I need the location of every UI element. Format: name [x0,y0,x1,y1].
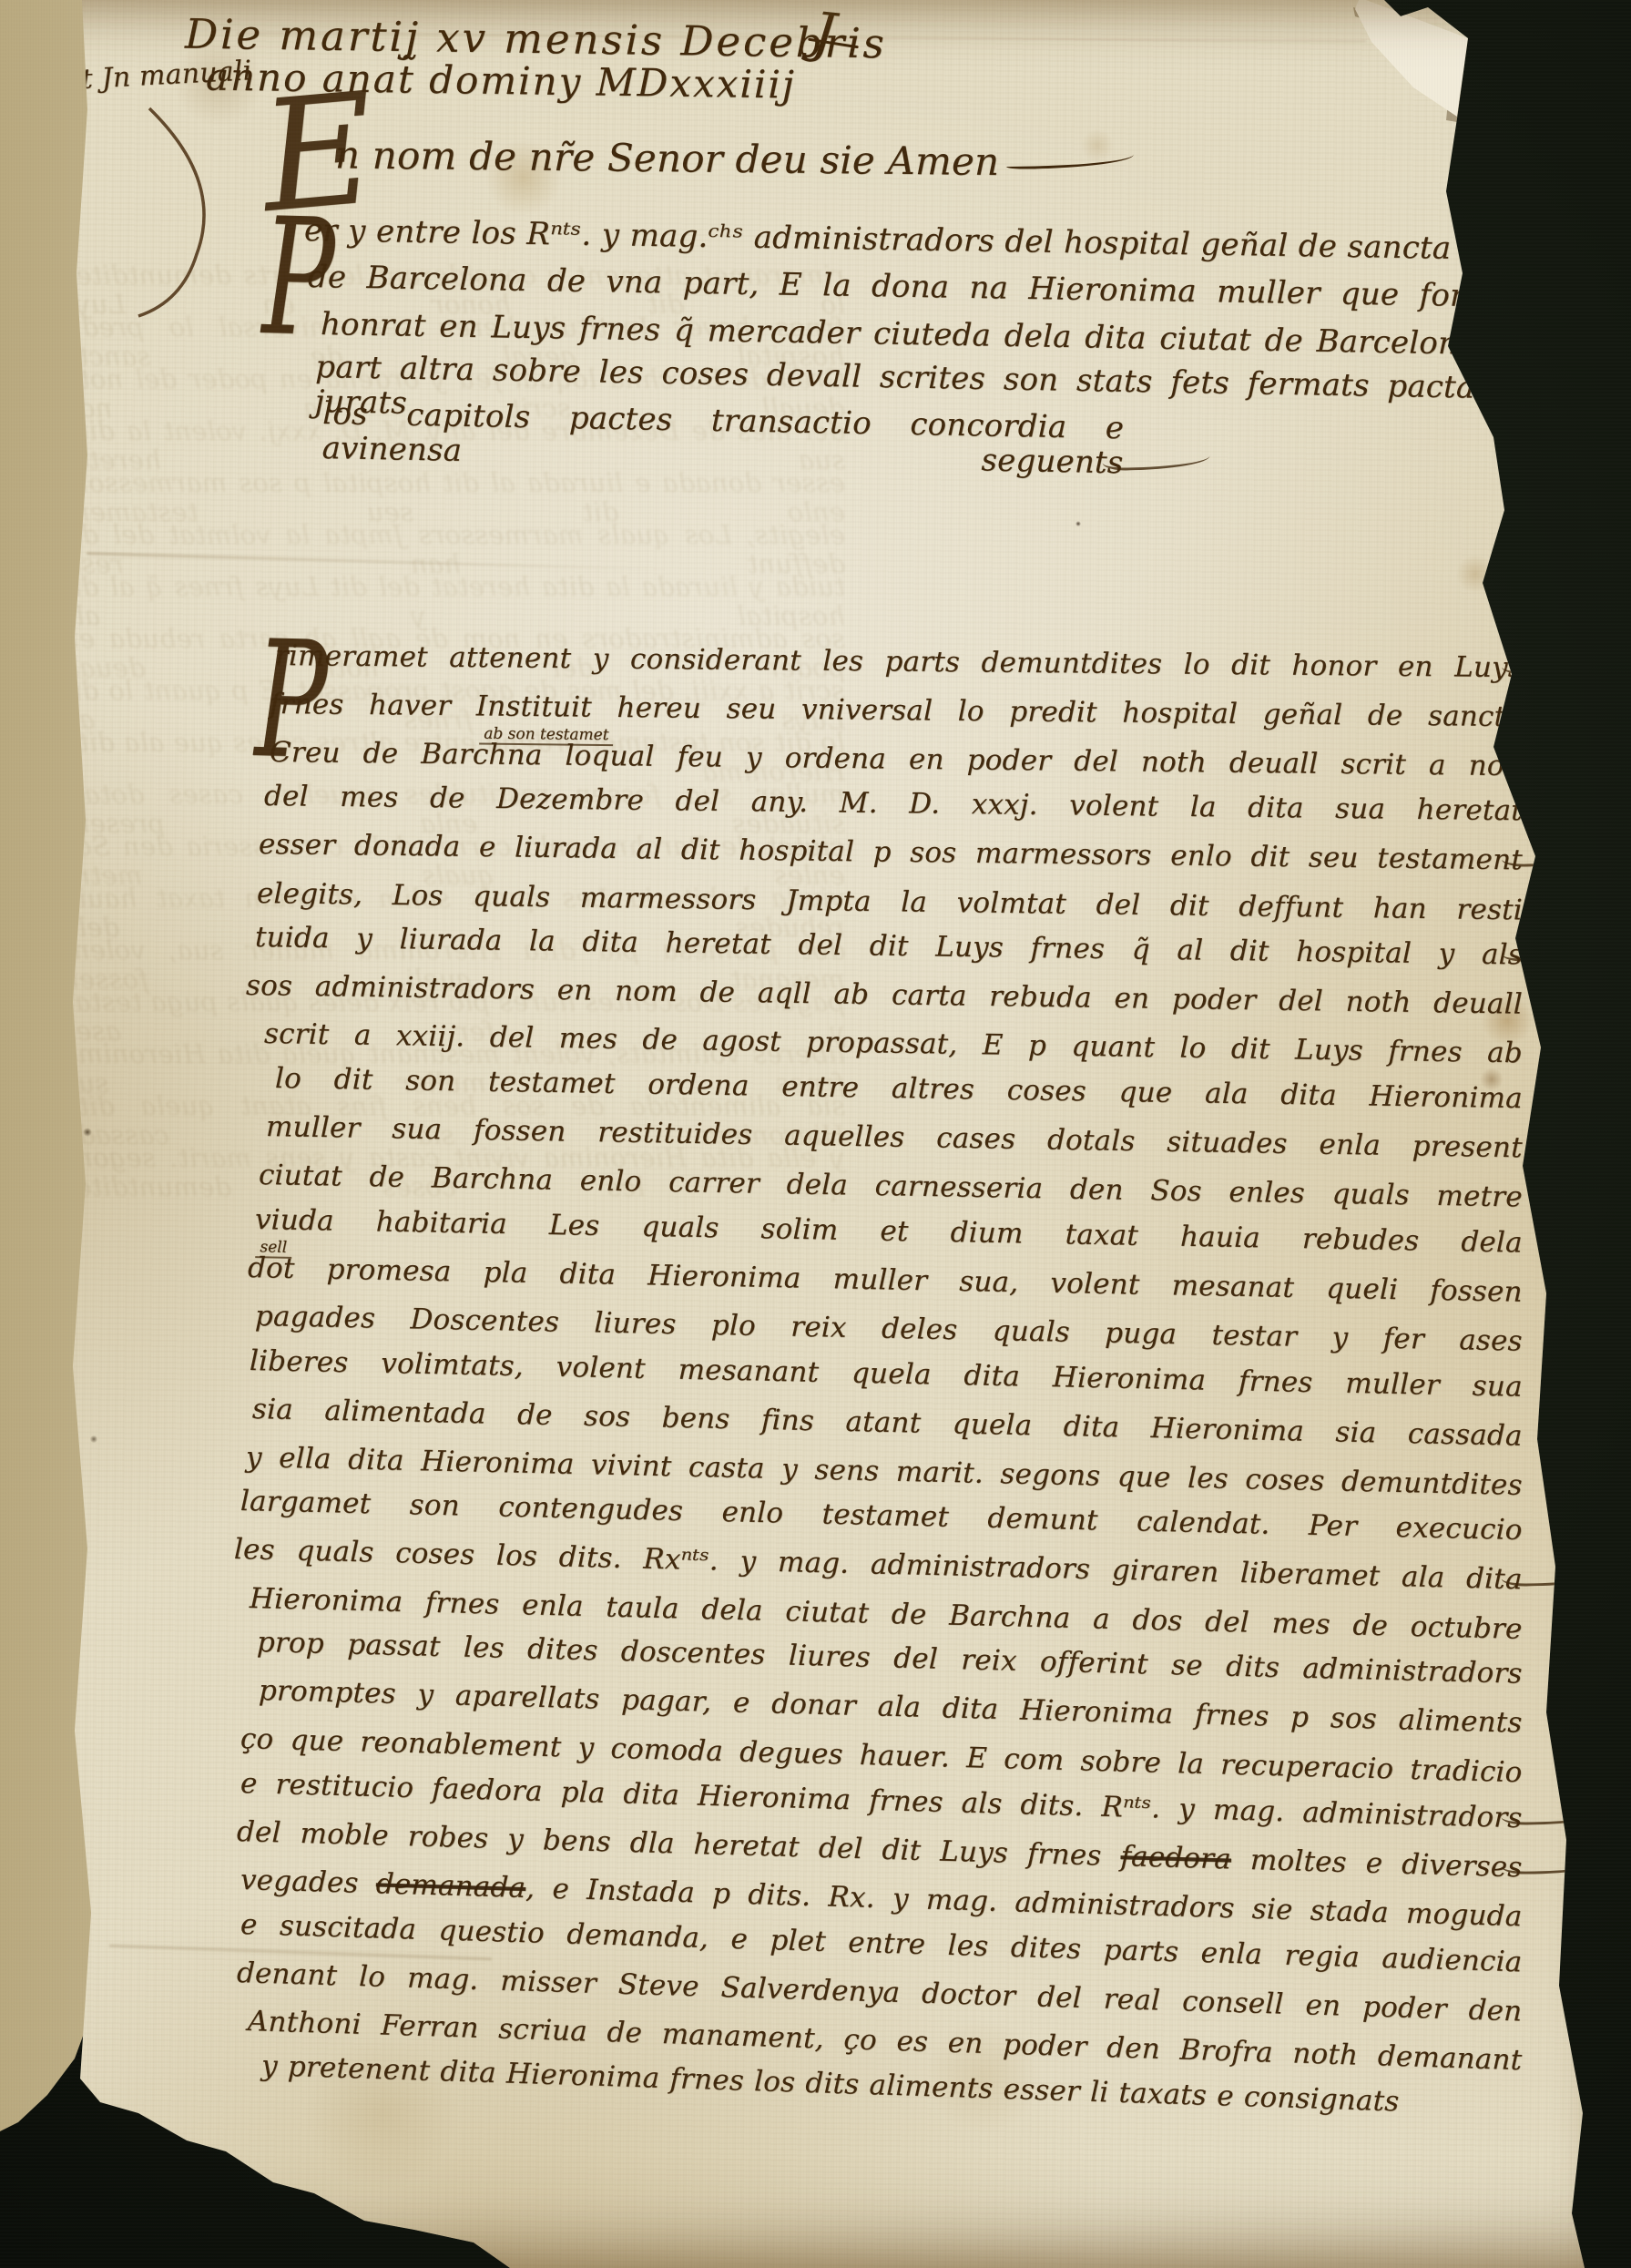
pen-flourish [1517,412,1625,431]
paraph-mark: J [813,4,877,86]
manuscript-line: sia alimentada de sos bens fins atant qu… [252,1394,1523,1452]
pen-flourish [1502,1806,1609,1824]
manuscript-photo: rimeramet attenent y considerant les par… [0,0,1631,2268]
manuscript-line: er y entre los Rⁿᵗˢ. y mag.ᶜʰˢ administr… [304,213,1539,267]
manuscript-line: Creu de Barchna loqual feu y ordena en p… [270,737,1523,782]
manuscript-line: del mes de Dezembre del any. M. D. xxxj.… [264,781,1523,827]
invocation-text: n nom de nr̃e Senor deu sie Amen [335,132,1000,184]
pen-flourish [1502,1568,1609,1587]
interlinear-insertion: ab son testamet [479,725,614,746]
paraph-glyph: J [810,1,881,71]
manuscript-line: tuida y liurada la dita heretat del dit … [255,922,1523,971]
parchment-page: rimeramet attenent y considerant les par… [0,0,1631,2268]
pen-flourish [1518,286,1626,305]
invocation-line: n nom de nr̃e Senor deu sie Amen [335,132,1135,185]
manuscript-line: dot promesa pla dita Hieronima muller su… [248,1252,1523,1308]
manuscript-line: los capitols pactes transactio concordia… [321,396,1124,480]
interlinear-insertion: sell [255,1239,291,1259]
manuscript-line: elegits, Los quals marmessors Jmpta la v… [257,878,1523,926]
struck-word: demanada [375,1867,525,1905]
struck-word: faedora [1120,1840,1231,1875]
pen-flourish [1006,152,1134,169]
manuscript-line: lo dit son testamet ordena entre altres … [275,1063,1523,1115]
manuscript-line: esser donada e liurada al dit hospital p… [259,829,1523,876]
ink-layer: est Jn manuali Die martij xv mensis Dece… [0,0,1631,2268]
manuscript-line: viuda habitaria Les quals solim et dium … [255,1204,1523,1259]
manuscript-line: de Barcelona de vna part, E la dona na H… [308,260,1539,314]
pen-flourish [1518,333,1626,352]
manuscript-line: rimeramet attenent y considerant les par… [275,640,1523,684]
pen-flourish [1502,848,1609,868]
manuscript-line: ciutat de Barchna enlo carrer dela carne… [259,1160,1523,1213]
manuscript-line: scrit a xxiij. del mes de agost propassa… [264,1018,1523,1069]
manuscript-line: muller sua fossen restituides aquelles c… [266,1111,1523,1164]
pen-flourish [1518,238,1626,257]
pen-flourish [1102,452,1209,471]
margin-flourish [137,105,255,323]
manuscript-line: frnes haver Instituit hereu seu vniversa… [270,689,1523,733]
pen-flourish [1502,943,1609,962]
pen-flourish [1501,1856,1608,1875]
pen-flourish [1502,654,1609,674]
manuscript-line: sos administradors en nom de aqll ab car… [246,970,1523,1020]
